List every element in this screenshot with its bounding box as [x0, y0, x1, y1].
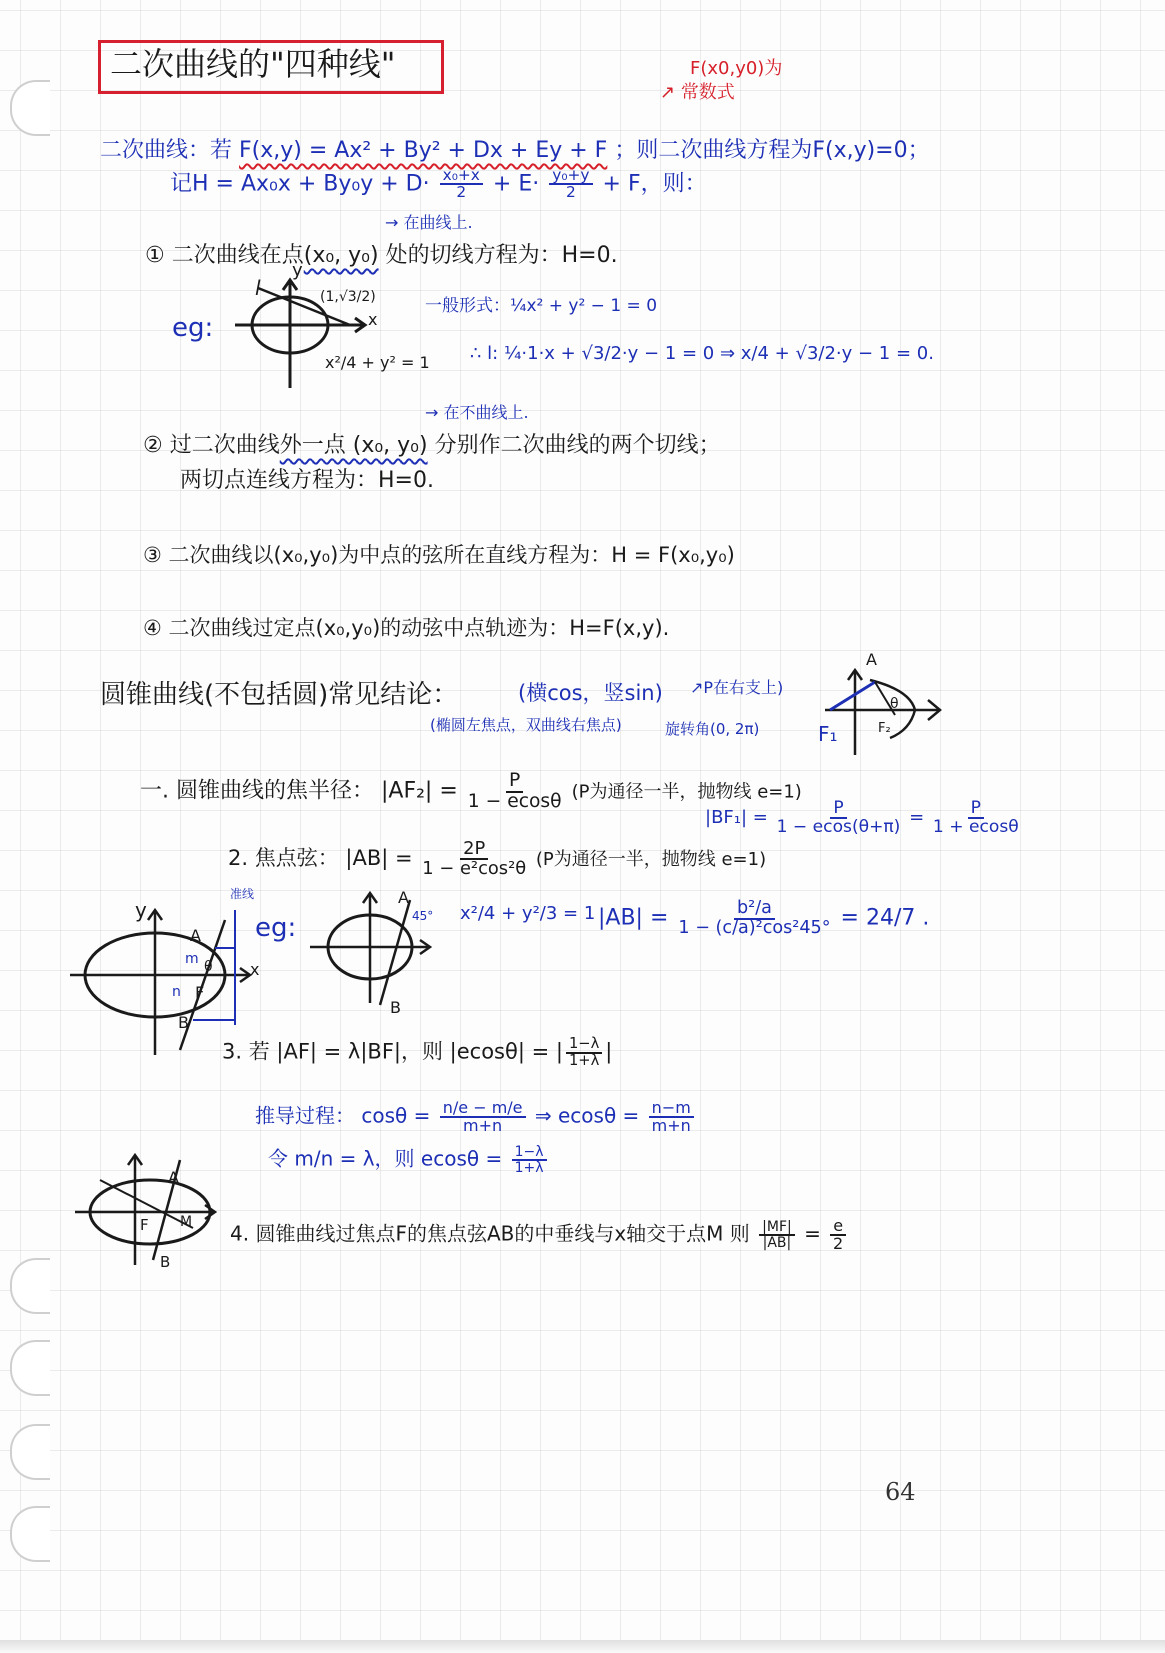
quadratic-expression: F(x,y) = Ax² + By² + Dx + Ey + F: [239, 138, 607, 163]
denominator: 1 + ecosθ: [933, 819, 1019, 836]
note-foci: (椭圆左焦点，双曲线右焦点): [430, 718, 622, 733]
ellipse-directrix-diagram: [65, 900, 265, 1060]
arrow-icon: ↗: [660, 82, 681, 103]
diagram-label-x: x: [368, 312, 377, 328]
note-cos-sin: (横cos，竖sin): [518, 683, 663, 704]
item-text: 分别作二次曲线的两个切线；: [435, 433, 721, 458]
diagram2-label-B: B: [178, 1015, 189, 1031]
item-label: 一. 圆锥曲线的焦半径：: [140, 779, 374, 804]
numerator: 2P: [460, 840, 488, 860]
binder-hole: [10, 1340, 50, 1396]
numerator: P: [506, 772, 523, 793]
formula-lhs: cosθ =: [361, 1104, 430, 1128]
general-form: 一般形式：¼x² + y² − 1 = 0: [425, 298, 657, 315]
diagram-label-A: A: [866, 652, 877, 668]
derivation-line-1: 推导过程： cosθ = n/e − m/em+n ⇒ ecosθ = n−mm…: [255, 1100, 697, 1134]
diagram-label-point: (1,√3/2): [320, 290, 376, 304]
numerator: |MF|: [759, 1220, 795, 1236]
diagram-label-theta: θ: [890, 697, 899, 711]
denominator: 1+λ: [515, 1161, 544, 1175]
ellipse-perpendicular-bisector-diagram: [75, 1150, 225, 1270]
annotation-text: F(x0,y0)为: [690, 58, 782, 79]
diagram2-label-n: n: [172, 985, 181, 999]
diagram2-label-m: m: [185, 952, 199, 966]
diagram2-label-A: A: [190, 928, 201, 944]
denominator: m+n: [652, 1118, 691, 1134]
ratio-conclusion: 3. 若 |AF| = λ|BF|，则 |ecosθ| = |1−λ1+λ|: [222, 1037, 612, 1068]
denominator: 2: [456, 185, 466, 200]
item-text: 二次曲线过定点(x₀,y₀)的动弦中点轨迹为：H=F(x,y).: [169, 616, 670, 640]
ellipse-focal-chord-diagram: [305, 885, 445, 1015]
annotation-constant-expression-2: ↗ 常数式: [660, 84, 735, 102]
intro-prefix: 二次曲线：若: [100, 138, 232, 163]
example2-label: eg:: [255, 915, 296, 941]
note-rotation-angle: 旋转角(0, 2π): [665, 722, 759, 737]
item3-text: ③ 二次曲线以(x₀,y₀)为中点的弦所在直线方程为：H = F(x₀,y₀): [143, 545, 735, 566]
note-arrow-right-branch: ↗P在右支上): [690, 680, 783, 696]
fraction: n−mm+n: [649, 1100, 694, 1134]
example2-angle: 45°: [412, 910, 433, 922]
numerator: 1−λ: [512, 1145, 547, 1161]
denominator: 2: [833, 1236, 843, 1252]
h-definition-suffix: + F，则：: [603, 171, 707, 196]
item1-annotation: → 在曲线上.: [385, 215, 473, 231]
fraction: b²/a1 − (c/a)²cos²45°: [678, 900, 830, 937]
note-text: P在右支上): [703, 678, 783, 697]
fraction: P1 + ecosθ: [933, 800, 1019, 836]
arrow-icon: ↗: [690, 678, 703, 697]
denominator: 1 − ecos(θ+π): [777, 819, 901, 836]
point-label: 外一点 (x₀, y₀): [280, 433, 428, 458]
binder-hole: [10, 80, 50, 136]
denominator: m+n: [463, 1118, 502, 1134]
denominator: 1 − ecosθ: [468, 793, 562, 812]
diagram2-label-y: y: [135, 900, 147, 920]
item-number: ③: [143, 543, 162, 567]
example2-equation: x²/4 + y²/3 = 1: [460, 905, 595, 923]
page-number: 64: [885, 1478, 916, 1506]
diagram-label-y: y: [292, 262, 303, 280]
example2-label-A: A: [398, 890, 409, 906]
fraction: P1 − ecos(θ+π): [777, 800, 901, 836]
item-text: 4. 圆锥曲线过焦点F的焦点弦AB的中垂线与x轴交于点M 则: [230, 1222, 750, 1246]
item-number: ②: [143, 433, 163, 458]
diagram-label-F2: F₂: [878, 722, 891, 735]
formula-lhs: |AB| =: [345, 846, 412, 870]
tangent-equation: ∴ l: ¼·1·x + √3/2·y − 1 = 0 ⇒ x/4 + √3/2…: [470, 345, 934, 363]
fraction: 1−λ1+λ: [512, 1145, 547, 1175]
item2-text-line2: 两切点连线方程为：H=0.: [180, 470, 434, 492]
perpendicular-bisector-conclusion: 4. 圆锥曲线过焦点F的焦点弦AB的中垂线与x轴交于点M 则 |MF||AB| …: [230, 1218, 849, 1252]
formula-lhs: |BF₁| =: [705, 807, 768, 828]
example1-label: eg:: [172, 315, 213, 341]
result: = 24/7 .: [841, 906, 930, 931]
fraction: x₀+x2: [440, 168, 483, 201]
item-text: 二次曲线以(x₀,y₀)为中点的弦所在直线方程为：H = F(x₀,y₀): [169, 543, 735, 567]
derivation-line-2: 令 m/n = λ，则 ecosθ = 1−λ1+λ: [268, 1145, 550, 1175]
derivation-text: 令 m/n = λ，则 ecosθ =: [268, 1147, 502, 1171]
h-definition-prefix: 记H = Ax₀x + By₀y + D·: [170, 171, 430, 196]
numerator: b²/a: [734, 900, 775, 920]
formula-note: (P为通径一半，抛物线 e=1): [536, 849, 766, 870]
denominator: 1+λ: [569, 1054, 599, 1069]
diagram2-label-x: x: [250, 962, 259, 978]
diagram-equation: x²/4 + y² = 1: [325, 355, 430, 371]
diagram-label-F1: F₁: [818, 724, 838, 744]
fraction: n/e − m/em+n: [440, 1100, 526, 1134]
intro-line-1: 二次曲线：若 F(x,y) = Ax² + By² + Dx + Ey + F …: [100, 140, 930, 162]
example2-result: |AB| = b²/a1 − (c/a)²cos²45° = 24/7 .: [598, 900, 929, 937]
example2-label-B: B: [390, 1000, 401, 1016]
abs-bar: |: [605, 1040, 612, 1064]
page-bottom-edge: [0, 1640, 1165, 1653]
diagram-label-l: l: [255, 278, 261, 298]
item4-label-B: B: [160, 1255, 170, 1270]
equals: =: [909, 807, 924, 828]
item4-label-M: M: [180, 1215, 192, 1229]
item2-annotation: → 在不曲线上.: [425, 405, 529, 421]
fraction: e2: [830, 1218, 846, 1252]
denominator: 1 − (c/a)²cos²45°: [678, 920, 830, 938]
denominator: 2: [566, 185, 576, 200]
item4-label-A: A: [168, 1170, 179, 1186]
item-text: 处的切线方程为：H=0.: [386, 243, 618, 268]
implies: ⇒ ecosθ =: [535, 1104, 639, 1128]
item4-label-F: F: [140, 1218, 149, 1233]
denominator: 1 − e²cos²θ: [422, 860, 526, 878]
section2-heading: 圆锥曲线(不包括圆)常见结论：: [100, 682, 458, 708]
denominator: |AB|: [763, 1236, 792, 1250]
item2-text: ② 过二次曲线外一点 (x₀, y₀) 分别作二次曲线的两个切线；: [143, 435, 721, 457]
hyperbola-focal-diagram: [820, 660, 950, 760]
derivation-label: 推导过程：: [255, 1104, 355, 1128]
diagram2-label-directrix: 准线: [230, 888, 254, 900]
diagram2-label-F: F: [195, 985, 204, 1001]
binder-hole: [10, 1258, 50, 1314]
focal-radius-line: 一. 圆锥曲线的焦半径： |AF₂| = P1 − ecosθ (P为通径一半，…: [140, 772, 802, 811]
diagram2-label-theta: θ: [204, 960, 213, 974]
h-definition-mid: + E·: [493, 171, 539, 196]
formula-lhs: |AF₂| =: [381, 779, 458, 804]
binder-hole: [10, 1506, 50, 1562]
item-number: ④: [143, 616, 162, 640]
item-label: 2. 焦点弦：: [228, 846, 339, 870]
intro-suffix: ；则二次曲线方程为F(x,y)=0；: [614, 138, 929, 163]
item-text: 过二次曲线: [170, 433, 280, 458]
point-label: (x₀, y₀): [304, 243, 379, 268]
equals: =: [804, 1222, 821, 1246]
notebook-page: 二次曲线的"四种线" F(x0,y0)为 ↗ 常数式 二次曲线：若 F(x,y)…: [0, 0, 1165, 1653]
fraction: |MF||AB|: [759, 1220, 795, 1250]
fraction: P1 − ecosθ: [468, 772, 562, 811]
bf-formula: |BF₁| = P1 − ecos(θ+π) = P1 + ecosθ: [705, 800, 1022, 836]
page-title: 二次曲线的"四种线": [110, 48, 395, 80]
annotation-constant-expression: F(x0,y0)为: [690, 60, 782, 78]
fraction: y₀+y2: [549, 168, 592, 201]
ellipse-tangent-diagram: [230, 270, 390, 390]
item-label: 3. 若 |AF| = λ|BF|，则 |ecosθ| = |: [222, 1040, 563, 1064]
item4-text: ④ 二次曲线过定点(x₀,y₀)的动弦中点轨迹为：H=F(x,y).: [143, 618, 669, 639]
binder-hole: [10, 1424, 50, 1480]
annotation-text: 常数式: [681, 82, 735, 103]
item1-text: ① 二次曲线在点(x₀, y₀) 处的切线方程为：H=0.: [145, 245, 618, 267]
intro-line-2: 记H = Ax₀x + By₀y + D· x₀+x2 + E· y₀+y2 +…: [170, 168, 707, 201]
fraction: 2P1 − e²cos²θ: [422, 840, 526, 878]
item-text: 二次曲线在点: [172, 243, 304, 268]
fraction: 1−λ1+λ: [566, 1037, 602, 1068]
item-number: ①: [145, 243, 165, 268]
focal-chord-line: 2. 焦点弦： |AB| = 2P1 − e²cos²θ (P为通径一半，抛物线…: [228, 840, 766, 878]
formula-lhs: |AB| =: [598, 906, 668, 931]
